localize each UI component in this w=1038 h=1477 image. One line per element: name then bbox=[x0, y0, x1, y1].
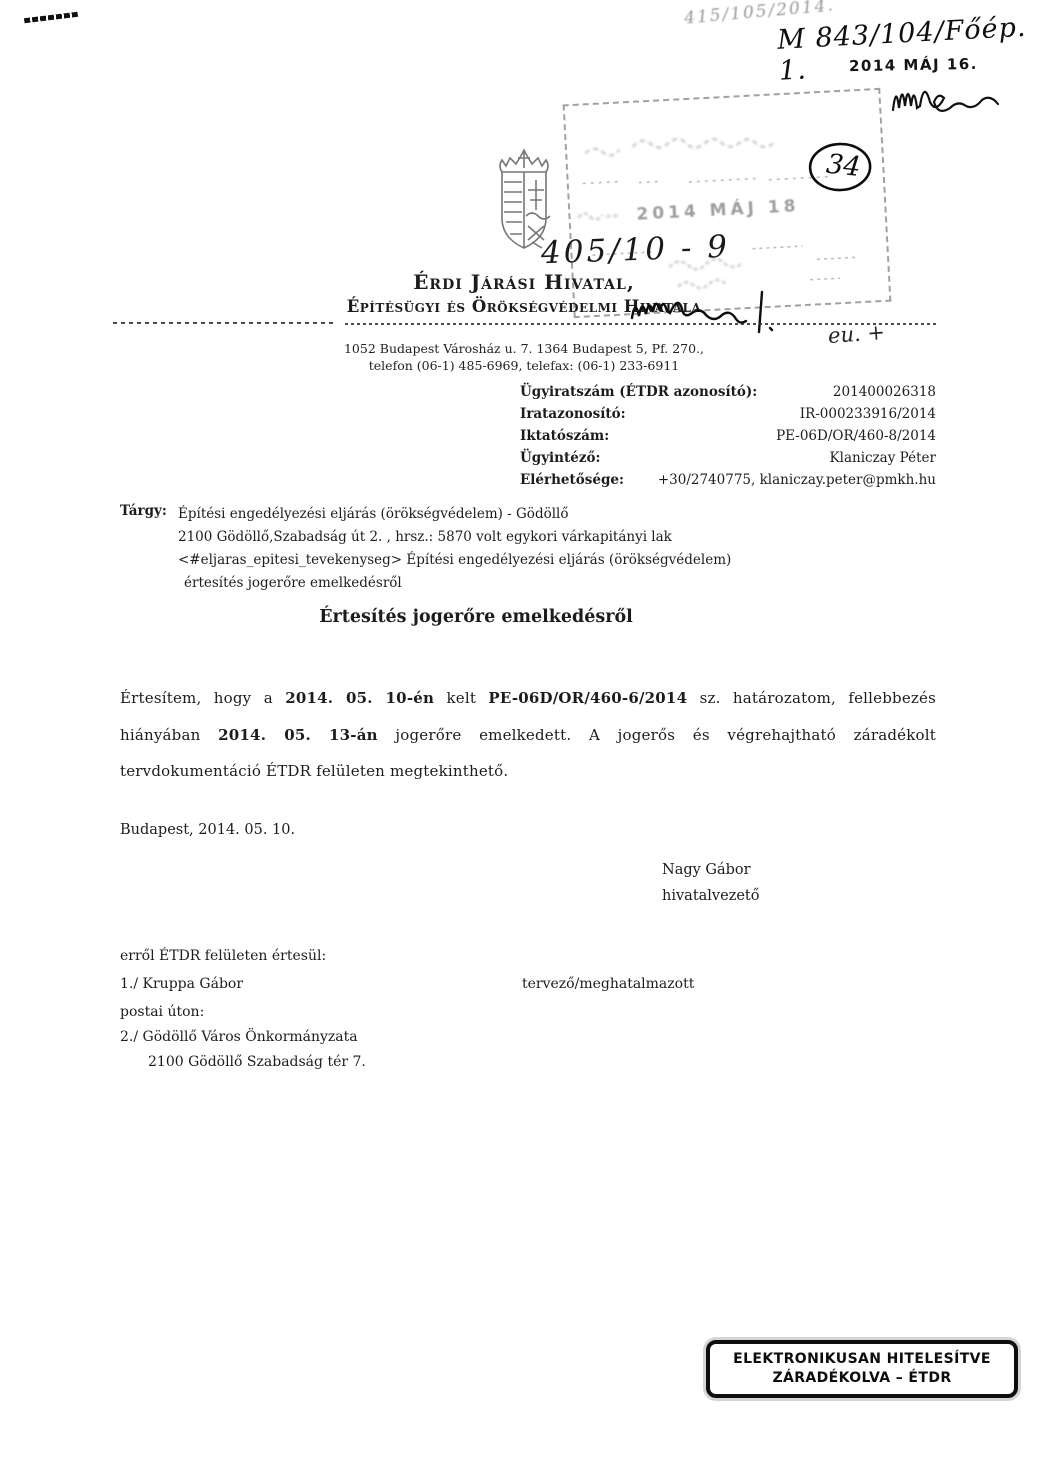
handwritten-initials: eu. + bbox=[827, 320, 885, 348]
body-bold-date2: 2014. 05. 13-án bbox=[218, 726, 378, 744]
distribution-heading: erről ÉTDR felületen értesül: bbox=[120, 948, 326, 964]
divider-dashed-left bbox=[113, 322, 337, 324]
meta-label: Elérhetősége: bbox=[520, 469, 624, 491]
etdr-validation-badge: ELEKTRONIKUSAN HITELESÍTVE ZÁRADÉKOLVA –… bbox=[706, 1340, 1018, 1398]
corner-pen-mark bbox=[24, 12, 78, 24]
meta-value: +30/2740775, klaniczay.peter@pmkh.hu bbox=[658, 469, 936, 491]
document-metadata: Ügyiratszám (ÉTDR azonosító): 2014000263… bbox=[520, 381, 936, 491]
badge-line1: ELEKTRONIKUSAN HITELESÍTVE bbox=[720, 1350, 1004, 1369]
circled-number-value: 34 bbox=[825, 149, 862, 183]
subject-label: Tárgy: bbox=[120, 503, 167, 519]
subject-line1: Építési engedélyezési eljárás (örökségvé… bbox=[178, 503, 738, 526]
body-bold-date1: 2014. 05. 10-én bbox=[285, 689, 434, 707]
subject-lines: Építési engedélyezési eljárás (örökségvé… bbox=[178, 503, 738, 595]
subject-line3: <#eljaras_epitesi_tevekenyseg> Építési e… bbox=[178, 549, 738, 572]
signer-name: Nagy Gábor bbox=[662, 857, 759, 883]
scanned-letter-page: 415/105/2014. M 843/104/Főép. 1. 2014 MÁ… bbox=[0, 0, 1038, 1477]
document-title: Értesítés jogerőre emelkedésről bbox=[120, 607, 832, 627]
distribution-item1-role: tervező/meghatalmazott bbox=[522, 976, 694, 992]
body-text: Értesítem, hogy a bbox=[120, 689, 285, 707]
handwritten-case-number: 405/10 - 9 bbox=[540, 229, 730, 272]
meta-label: Iktatószám: bbox=[520, 425, 609, 447]
meta-value: IR-000233916/2014 bbox=[800, 403, 936, 425]
meta-value: Klaniczay Péter bbox=[830, 447, 936, 469]
signer-block: Nagy Gábor hivatalvezető bbox=[662, 857, 759, 909]
distribution-item2-address: 2100 Gödöllő Szabadság tér 7. bbox=[148, 1054, 366, 1070]
meta-row-elerhetoseg: Elérhetősége: +30/2740775, klaniczay.pet… bbox=[520, 469, 936, 491]
body-paragraph: Értesítem, hogy a 2014. 05. 10-én kelt P… bbox=[120, 680, 936, 790]
meta-value: PE-06D/OR/460-8/2014 bbox=[776, 425, 936, 447]
circled-number-annotation: 34 bbox=[803, 137, 876, 200]
meta-label: Iratazonosító: bbox=[520, 403, 626, 425]
body-bold-case-number: PE-06D/OR/460-6/2014 bbox=[488, 689, 687, 707]
meta-label: Ügyintéző: bbox=[520, 447, 600, 469]
meta-row-iktatoszam: Iktatószám: PE-06D/OR/460-8/2014 bbox=[520, 425, 936, 447]
signature-scribble-header bbox=[628, 288, 780, 336]
meta-row-ugyiratszam: Ügyiratszám (ÉTDR azonosító): 2014000263… bbox=[520, 381, 936, 403]
subject-line2: 2100 Gödöllő,Szabadság út 2. , hrsz.: 58… bbox=[178, 526, 738, 549]
signature-squiggle-top bbox=[890, 76, 1002, 120]
distribution-item2: 2./ Gödöllő Város Önkormányzata bbox=[120, 1029, 358, 1045]
date-stamp-received: 2014 MÁJ 16. bbox=[849, 55, 978, 75]
distribution-item1: 1./ Kruppa Gábor bbox=[120, 976, 243, 992]
letterhead-address: 1052 Budapest Városház u. 7. 1364 Budape… bbox=[278, 340, 770, 374]
signer-title: hivatalvezető bbox=[662, 883, 759, 909]
meta-row-iratazonosito: Iratazonosító: IR-000233916/2014 bbox=[520, 403, 936, 425]
badge-line2: ZÁRADÉKOLVA – ÉTDR bbox=[720, 1369, 1004, 1388]
subject-line4: értesítés jogerőre emelkedésről bbox=[184, 572, 738, 595]
meta-label: Ügyiratszám (ÉTDR azonosító): bbox=[520, 381, 757, 403]
meta-row-ugyintezo: Ügyintéző: Klaniczay Péter bbox=[520, 447, 936, 469]
meta-value: 201400026318 bbox=[833, 381, 936, 403]
address-line2: telefon (06-1) 485-6969, telefax: (06-1)… bbox=[278, 357, 770, 374]
closing-date-line: Budapest, 2014. 05. 10. bbox=[120, 822, 295, 838]
distribution-postal-label: postai úton: bbox=[120, 1004, 204, 1020]
address-line1: 1052 Budapest Városház u. 7. 1364 Budape… bbox=[278, 340, 770, 357]
body-text: kelt bbox=[434, 689, 488, 707]
